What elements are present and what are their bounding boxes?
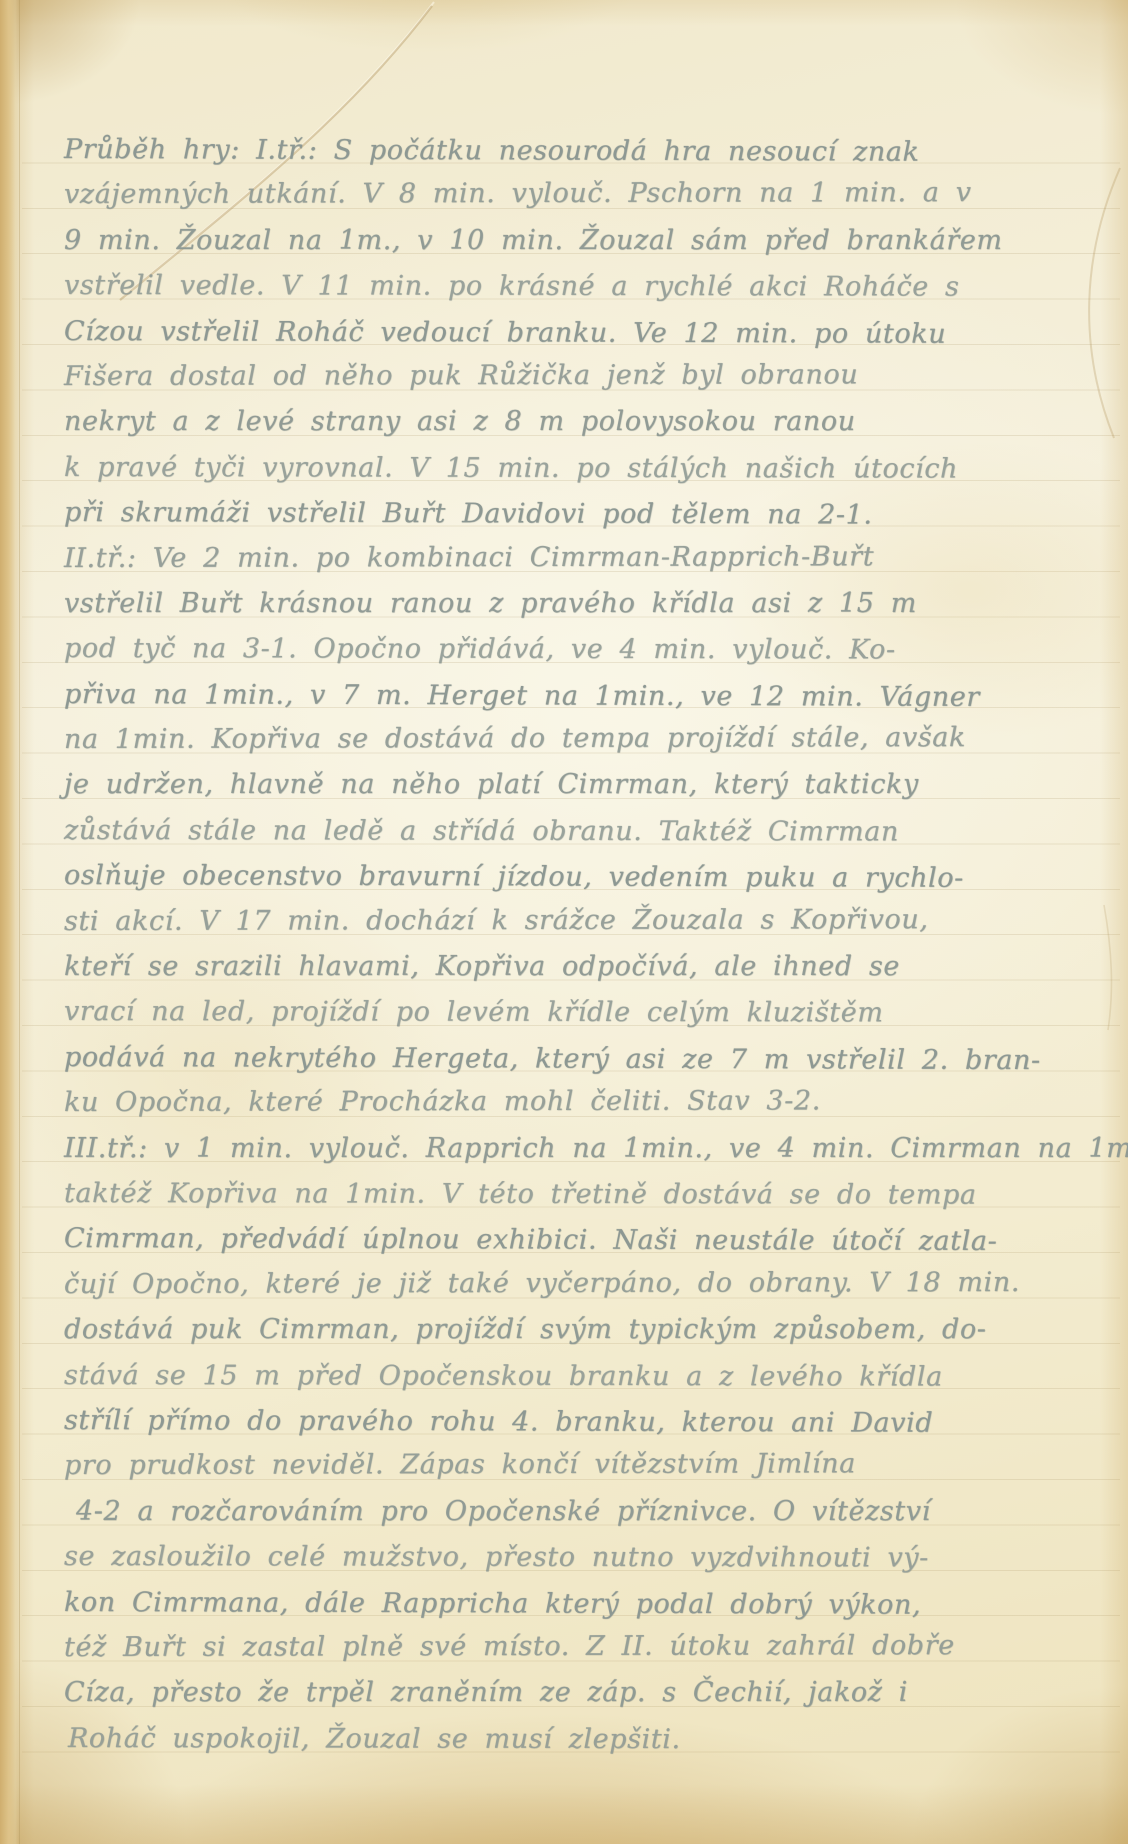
handwritten-line: Cíza, přesto že trpěl zraněním ze záp. s… — [64, 1670, 1088, 1715]
handwritten-line: též Buřt si zastal plně své místo. Z II.… — [64, 1623, 1088, 1671]
handwritten-line: se zasloužilo celé mužstvo, přesto nutno… — [64, 1534, 1088, 1581]
paper-left-edge-line — [19, 0, 20, 1844]
handwritten-line: zůstává stále na ledě a střídá obranu. T… — [64, 808, 1088, 855]
handwritten-line: Roháč uspokojil, Žouzal se musí zlepšiti… — [64, 1716, 1088, 1763]
handwritten-line: kon Cimrmana, dále Rappricha který podal… — [64, 1580, 1088, 1629]
handwritten-line: Cimrman, předvádí úplnou exhibici. Naši … — [64, 1216, 1088, 1265]
handwritten-line: vrací na led, projíždí po levém křídle c… — [64, 989, 1088, 1036]
handwritten-line: stává se 15 m před Opočenskou branku a z… — [64, 1353, 1088, 1400]
handwritten-line: sti akcí. V 17 min. dochází k srážce Žou… — [64, 896, 1088, 944]
handwritten-line: oslňuje obecenstvo bravurní jízdou, vede… — [64, 853, 1088, 902]
handwritten-line: čují Opočno, které je již také vyčerpáno… — [64, 1260, 1088, 1308]
handwritten-line: 4-2 a rozčarováním pro Opočenské přízniv… — [64, 1489, 1088, 1534]
handwritten-line: na 1min. Kopřiva se dostává do tempa pro… — [64, 715, 1088, 763]
paper-left-edge — [0, 0, 19, 1844]
handwritten-line: Fišera dostal od něho puk Růžička jenž b… — [64, 352, 1088, 400]
handwritten-line: pro prudkost neviděl. Zápas končí vítězs… — [64, 1441, 1088, 1489]
handwritten-line: podává na nekrytého Hergeta, který asi z… — [64, 1035, 1088, 1084]
handwritten-line: dostává puk Cimrman, projíždí svým typic… — [64, 1307, 1088, 1352]
handwritten-line: Průběh hry: I.tř.: S počátku nesourodá h… — [64, 127, 1088, 176]
handwritten-line: Cízou vstřelil Roháč vedoucí branku. Ve … — [64, 309, 1088, 358]
handwritten-line: pod tyč na 3-1. Opočno přidává, ve 4 min… — [64, 626, 1088, 673]
notebook-page: Průběh hry: I.tř.: S počátku nesourodá h… — [0, 0, 1128, 1844]
handwritten-line: nekryt a z levé strany asi z 8 m polovys… — [64, 399, 1088, 444]
handwritten-line: k pravé tyči vyrovnal. V 15 min. po stál… — [64, 445, 1088, 492]
handwritten-line: vstřelil Buřt krásnou ranou z pravého kř… — [64, 581, 1088, 626]
handwritten-line: II.tř.: Ve 2 min. po kombinaci Cimrman-R… — [64, 533, 1088, 581]
handwritten-line: při skrumáži vstřelil Buřt Davidovi pod … — [64, 490, 1088, 539]
handwritten-line: je udržen, hlavně na něho platí Cimrman,… — [64, 762, 1088, 807]
handwritten-line: III.tř.: v 1 min. vylouč. Rapprich na 1m… — [64, 1126, 1088, 1171]
handwritten-line: ku Opočna, které Procházka mohl čeliti. … — [64, 1078, 1088, 1126]
handwritten-line: vstřelil vedle. V 11 min. po krásné a ry… — [64, 263, 1088, 310]
handwritten-line: kteří se srazili hlavami, Kopřiva odpočí… — [64, 944, 1088, 989]
handwritten-line: střílí přímo do pravého rohu 4. branku, … — [64, 1398, 1088, 1447]
handwritten-line: taktéž Kopřiva na 1min. V této třetině d… — [64, 1171, 1088, 1218]
handwritten-line: 9 min. Žouzal na 1m., v 10 min. Žouzal s… — [64, 218, 1088, 263]
handwritten-line: vzájemných utkání. V 8 min. vylouč. Psch… — [64, 170, 1088, 218]
handwritten-line: přiva na 1min., v 7 m. Herget na 1min., … — [64, 672, 1088, 721]
handwritten-text: Průběh hry: I.tř.: S počátku nesourodá h… — [64, 127, 1088, 1761]
